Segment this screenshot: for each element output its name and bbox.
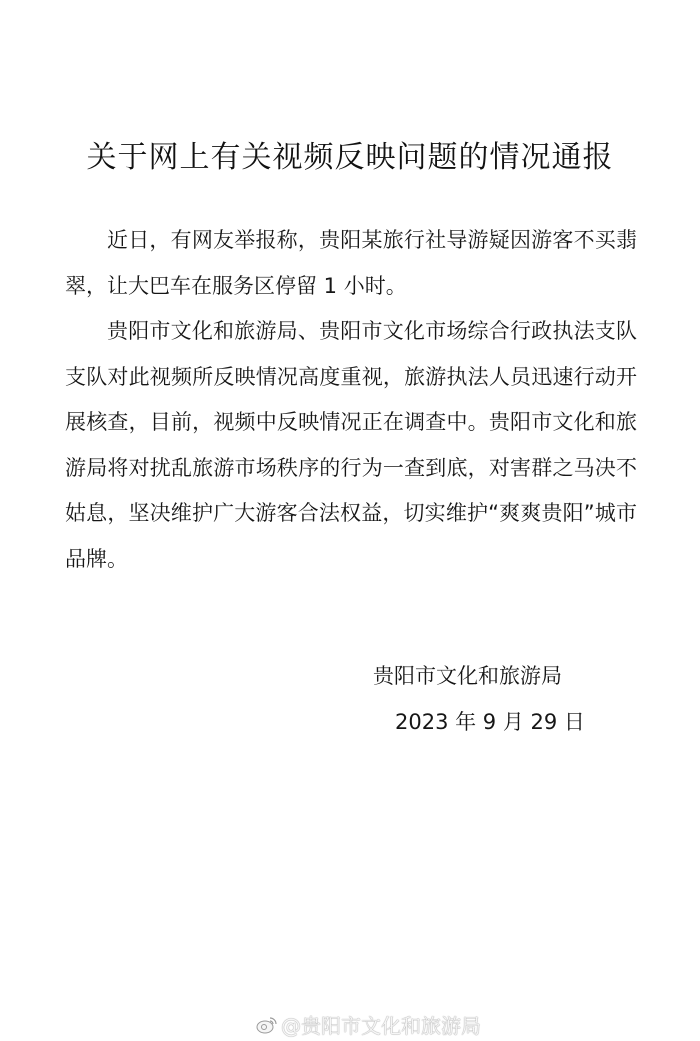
paragraph-1: 近日，有网友举报称，贵阳某旅行社导游疑因游客不买翡翠，让大巴车在服务区停留 1 … (65, 218, 637, 309)
document-title: 关于网上有关视频反映问题的情况通报 (0, 132, 700, 176)
watermark: @贵阳市文化和旅游局 (256, 1010, 481, 1039)
document-body: 近日，有网友举报称，贵阳某旅行社导游疑因游客不买翡翠，让大巴车在服务区停留 1 … (65, 218, 637, 582)
weibo-icon (256, 1015, 278, 1035)
paragraph-2: 贵阳市文化和旅游局、贵阳市文化市场综合行政执法支队支队对此视频所反映情况高度重视… (65, 309, 637, 582)
signature-organization: 贵阳市文化和旅游局 (373, 660, 562, 690)
watermark-text: @贵阳市文化和旅游局 (281, 1010, 481, 1039)
signature-date: 2023 年 9 月 29 日 (395, 706, 585, 736)
